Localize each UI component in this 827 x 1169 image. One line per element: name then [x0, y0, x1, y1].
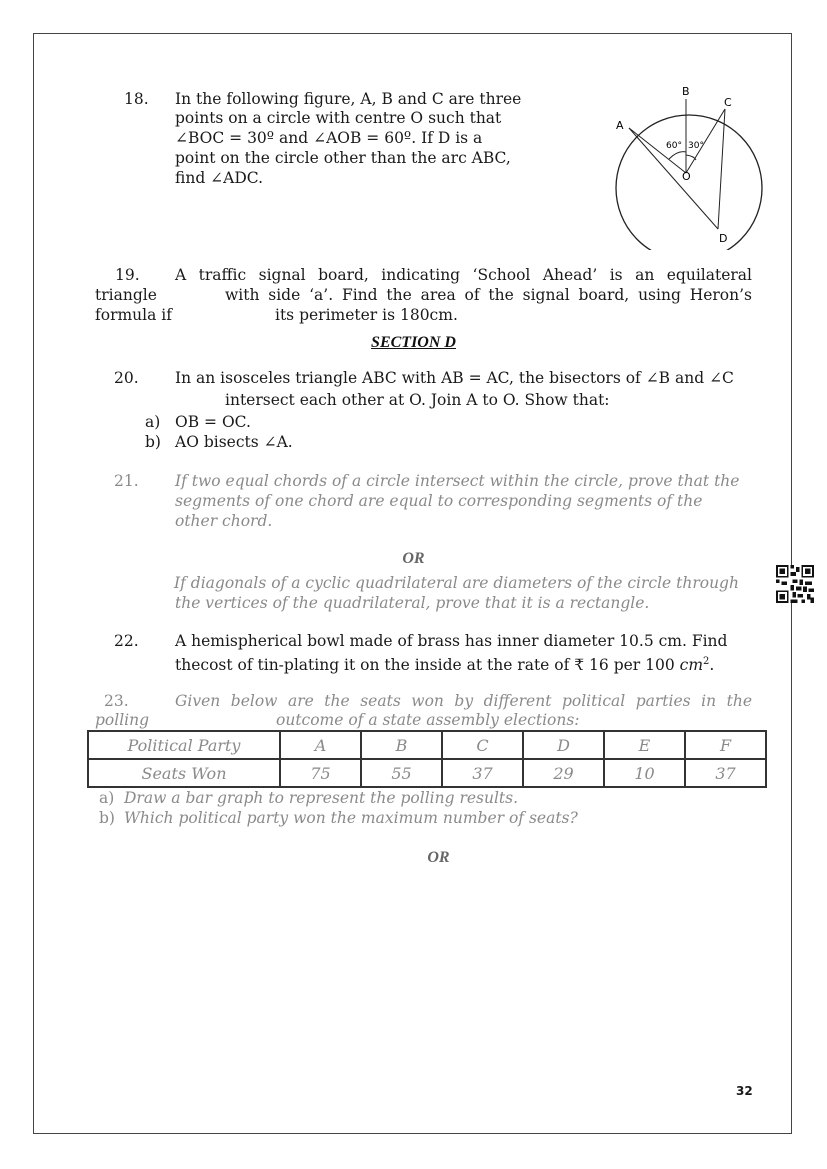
unit: cm: [680, 656, 703, 674]
table-row: Political Party A B C D E F: [88, 731, 766, 759]
point-label: O: [682, 170, 691, 183]
question-text-line: polling: [95, 710, 149, 730]
table-cell: D: [523, 731, 604, 759]
question-text-line: the vertices of the quadrilateral, prove…: [175, 593, 649, 613]
question-number: 21.: [114, 471, 139, 491]
question-text-line: In an isosceles triangle ABC with AB = A…: [175, 368, 734, 388]
row-header: Political Party: [88, 731, 280, 759]
question-text-line: thecost of tin-plating it on the inside …: [175, 652, 714, 675]
or-divider: OR: [0, 550, 827, 568]
question-text-line: A hemispherical bowl made of brass has i…: [175, 631, 727, 651]
angle-label: 30°: [688, 141, 704, 151]
table-cell: E: [604, 731, 685, 759]
question-text-line: A traffic signal board, indicating ‘Scho…: [175, 265, 752, 285]
part-text: OB = OC.: [175, 412, 251, 432]
question-number: 19.: [115, 265, 140, 285]
question-text-line: If diagonals of a cyclic quadrilateral a…: [174, 573, 739, 593]
question-number: 20.: [114, 368, 139, 388]
question-text-line: intersect each other at O. Join A to O. …: [225, 390, 610, 410]
question-text-line: its perimeter is 180cm.: [275, 305, 458, 325]
circle-figure: B C A O D 60° 30°: [600, 80, 780, 250]
question-text-line: points on a circle with centre O such th…: [175, 108, 501, 128]
question-text-line: ∠BOC = 30º and ∠AOB = 60º. If D is a: [175, 128, 482, 148]
part-text: AO bisects ∠A.: [175, 432, 293, 452]
part-text: Draw a bar graph to represent the pollin…: [124, 788, 518, 808]
table-cell: 37: [685, 759, 766, 787]
question-text-line: If two equal chords of a circle intersec…: [175, 471, 739, 491]
question-text-line: triangle: [95, 285, 157, 305]
section-title: SECTION D: [0, 334, 827, 352]
table-cell: 37: [442, 759, 523, 787]
part-label: b): [145, 432, 161, 452]
question-text-line: segments of one chord are equal to corre…: [175, 491, 702, 511]
row-header: Seats Won: [88, 759, 280, 787]
table-cell: C: [442, 731, 523, 759]
table-cell: 75: [280, 759, 361, 787]
angle-label: 60°: [666, 141, 682, 151]
page-number: 32: [736, 1084, 753, 1098]
question-text-line: with side ‘a’. Find the area of the sign…: [225, 285, 752, 305]
point-label: D: [719, 232, 727, 245]
punctuation: .: [709, 656, 714, 674]
question-text: thecost of tin-plating it on the inside …: [175, 656, 680, 674]
table-row: Seats Won 75 55 37 29 10 37: [88, 759, 766, 787]
question-text-line: find ∠ADC.: [175, 168, 263, 188]
point-label: B: [682, 85, 690, 98]
question-number: 18.: [124, 89, 149, 109]
question-text-line: In the following figure, A, B and C are …: [175, 89, 521, 109]
table-cell: 29: [523, 759, 604, 787]
point-label: C: [724, 96, 732, 109]
part-label: a): [99, 788, 114, 808]
table-cell: F: [685, 731, 766, 759]
question-text-line: formula if: [95, 305, 172, 325]
part-text: Which political party won the maximum nu…: [124, 808, 578, 828]
question-text-line: other chord.: [175, 511, 272, 531]
question-number: 23.: [104, 691, 129, 711]
or-divider: OR: [0, 849, 827, 867]
question-text-line: point on the circle other than the arc A…: [175, 148, 511, 168]
part-label: b): [99, 808, 115, 828]
qr-code: [776, 565, 814, 603]
question-text-line: outcome of a state assembly elections:: [276, 710, 580, 730]
question-number: 22.: [114, 631, 139, 651]
table-cell: A: [280, 731, 361, 759]
question-text-line: Given below are the seats won by differe…: [175, 691, 752, 711]
seats-table: Political Party A B C D E F Seats Won 75…: [87, 730, 767, 788]
table-cell: B: [361, 731, 442, 759]
table-cell: 55: [361, 759, 442, 787]
part-label: a): [145, 412, 160, 432]
table-cell: 10: [604, 759, 685, 787]
point-label: A: [616, 119, 624, 132]
